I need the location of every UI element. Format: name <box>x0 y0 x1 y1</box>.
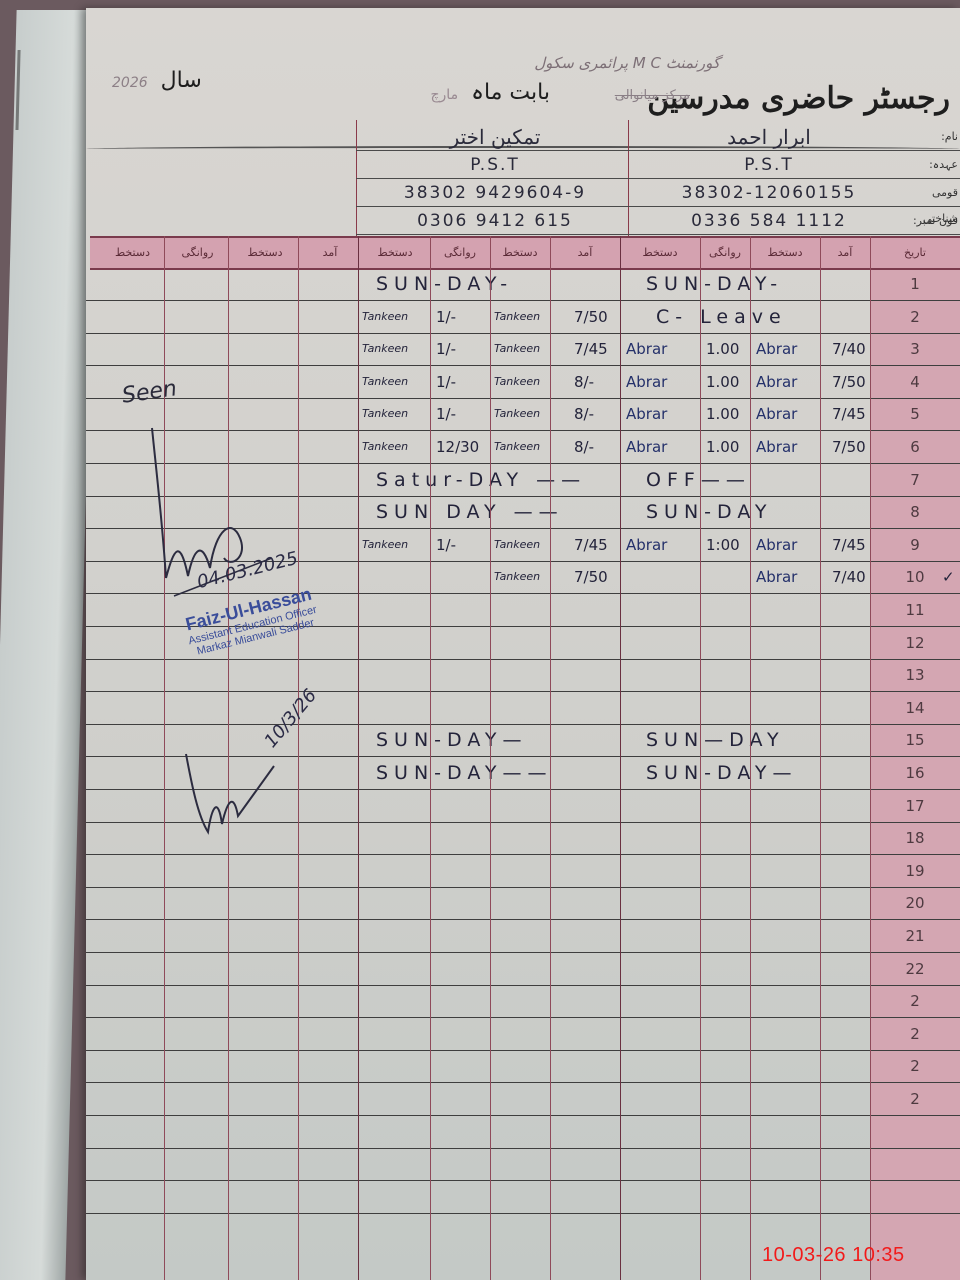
cell-t2-in-sig: Tankeen <box>362 398 408 430</box>
camera-timestamp: 10-03-26 10:35 <box>762 1244 905 1267</box>
row-date <box>870 1148 960 1180</box>
cell-t1-in-sig: Abrar <box>756 561 797 593</box>
row-date: 11 <box>870 594 960 626</box>
month-value: مارچ <box>431 87 459 103</box>
cell-t2-in: 1/- <box>436 301 456 333</box>
row-date: 4 <box>870 366 960 398</box>
cell-t1-in: 7/45 <box>832 529 866 561</box>
table-row: 4Tankeen1/-Tankeen8/-Abrar1.00Abrar7/50 <box>86 366 960 399</box>
column-line <box>620 236 621 1280</box>
cell-t2-out-sig: Tankeen <box>494 366 540 398</box>
table-row: 1SUN-DAY-SUN-DAY- <box>86 268 960 301</box>
table-row: 20 <box>86 887 960 920</box>
info-row-name: تمکین اختر ابرار احمد نام: <box>356 124 960 151</box>
cell-t2-out: 8/- <box>574 398 594 430</box>
table-row: 2 <box>86 985 960 1018</box>
row-date: 2 <box>870 985 960 1017</box>
table-row: 22 <box>86 953 960 986</box>
table-row <box>86 1181 960 1214</box>
row-date: 6 <box>870 431 960 463</box>
year-field: سال 2026 <box>106 68 202 93</box>
cell-t2-out-sig: Tankeen <box>494 398 540 430</box>
row-note: SUN DAY —— <box>376 496 564 528</box>
cell-t2-out: 8/- <box>574 366 594 398</box>
cell-t1-in-sig: Abrar <box>756 431 797 463</box>
teacher1-cnic: 38302-12060155 <box>638 180 900 206</box>
info-row-designation: P.S.T P.S.T عہدہ: <box>356 152 960 179</box>
row-date: 2 <box>870 1018 960 1050</box>
cell-t1-out: 1.00 <box>706 431 739 463</box>
row-date <box>870 1116 960 1148</box>
cell-t1-out: 1.00 <box>706 366 739 398</box>
cell-t2-out: 7/45 <box>574 529 608 561</box>
teacher1-phone: 0336 584 1112 <box>638 208 900 234</box>
header-departure: روانگی <box>165 238 230 268</box>
cell-t1-in: 7/50 <box>832 366 866 398</box>
row-date: 7 <box>870 464 960 496</box>
row-date: 8 <box>870 496 960 528</box>
header-date: تاریخ <box>870 238 960 268</box>
cell-t2-out: 7/50 <box>574 301 608 333</box>
cell-t2-out-sig: Tankeen <box>494 529 540 561</box>
month-field: بابت ماہ مارچ <box>425 80 551 105</box>
row-date: 15 <box>870 724 960 756</box>
cell-t2-in: 1/- <box>436 333 456 365</box>
row-note: SUN-DAY— <box>646 757 797 789</box>
header-arrival: آمد <box>300 238 360 268</box>
row-date: 22 <box>870 953 960 985</box>
row-date: 12 <box>870 627 960 659</box>
register-header: رجسٹر حاضری مدرسین گورنمنٹ M C پرائمری س… <box>86 46 960 116</box>
phone-label: فون نمبر: <box>902 208 958 234</box>
table-header: تاریخ آمد دستخط روانگی دستخط آمد دستخط ر… <box>90 236 960 270</box>
row-note: SUN-DAY- <box>646 268 783 300</box>
row-date: 2 <box>870 301 960 333</box>
cell-t1-out: 1.00 <box>706 333 739 365</box>
cell-t2-in-sig: Tankeen <box>362 333 408 365</box>
header-signature: دستخط <box>750 238 820 268</box>
row-date: 9 <box>870 529 960 561</box>
teacher2-designation: P.S.T <box>364 152 626 178</box>
table-row <box>86 1148 960 1181</box>
cell-t1-in: 7/40 <box>832 561 866 593</box>
table-row: 21 <box>86 920 960 953</box>
month-label: بابت ماہ <box>471 80 550 105</box>
leave-note: C- Leave <box>656 301 787 333</box>
row-date: 21 <box>870 920 960 952</box>
cell-t2-in: 1/- <box>436 529 456 561</box>
table-row: 2 <box>86 1050 960 1083</box>
previous-page-writing <box>15 50 34 130</box>
teacher2-name: تمکین اختر <box>364 124 626 150</box>
cell-t2-out: 8/- <box>574 431 594 463</box>
row-date: 3 <box>870 333 960 365</box>
checkmark-icon: ✓ <box>942 561 955 593</box>
table-row: 3Tankeen1/-Tankeen7/45Abrar1.00Abrar7/40 <box>86 333 960 366</box>
header-departure: روانگی <box>700 238 750 268</box>
cell-t1-out-sig: Abrar <box>626 431 667 463</box>
column-line <box>870 236 871 1280</box>
header-signature: دستخط <box>620 238 700 268</box>
cell-t2-in-sig: Tankeen <box>362 301 408 333</box>
row-date: 13 <box>870 659 960 691</box>
cell-t1-in-sig: Abrar <box>756 366 797 398</box>
cell-t1-in: 7/50 <box>832 431 866 463</box>
row-date: 18 <box>870 822 960 854</box>
attendance-register-page: رجسٹر حاضری مدرسین گورنمنٹ M C پرائمری س… <box>86 8 960 1280</box>
year-label: سال <box>161 68 202 93</box>
row-note: Satur-DAY —— <box>376 464 586 496</box>
header-signature: دستخط <box>230 238 300 268</box>
table-row: 19 <box>86 855 960 888</box>
row-date: 5 <box>870 398 960 430</box>
row-note: SUN-DAY <box>646 496 772 528</box>
table-row: 2 <box>86 1018 960 1051</box>
designation-label: عہدہ: <box>902 152 958 178</box>
cell-t1-in: 7/40 <box>832 333 866 365</box>
cell-t2-in: 12/30 <box>436 431 479 463</box>
cell-t1-in: 7/45 <box>832 398 866 430</box>
row-note: SUN—DAY <box>646 724 785 756</box>
cell-t1-out: 1.00 <box>706 398 739 430</box>
header-arrival: آمد <box>820 238 870 268</box>
register-title: رجسٹر حاضری مدرسین <box>647 81 950 116</box>
cell-t2-out-sig: Tankeen <box>494 561 540 593</box>
school-name: گورنمنٹ M C پرائمری سکول <box>534 54 720 72</box>
row-date: 14 <box>870 692 960 724</box>
row-date: 2 <box>870 1050 960 1082</box>
row-date: 19 <box>870 855 960 887</box>
column-line <box>430 236 431 1280</box>
header-signature: دستخط <box>490 238 550 268</box>
cell-t2-in-sig: Tankeen <box>362 529 408 561</box>
cell-t1-out: 1:00 <box>706 529 740 561</box>
info-row-cnic: 38302 9429604-9 38302-12060155 قومی شناخ… <box>356 180 960 207</box>
table-row: 2Tankeen1/-Tankeen7/50C- Leave <box>86 301 960 334</box>
school-name-struck: مرکز میانوالی <box>615 88 690 103</box>
cell-t2-out: 7/50 <box>574 561 608 593</box>
cell-t2-out-sig: Tankeen <box>494 431 540 463</box>
column-line <box>700 236 701 1280</box>
cell-t2-out-sig: Tankeen <box>494 301 540 333</box>
row-date: 17 <box>870 790 960 822</box>
cell-t1-in-sig: Abrar <box>756 333 797 365</box>
cell-t1-in-sig: Abrar <box>756 529 797 561</box>
cell-t2-in: 1/- <box>436 366 456 398</box>
name-label: نام: <box>902 124 958 150</box>
cell-t2-out: 7/45 <box>574 333 608 365</box>
second-signature <box>178 746 298 836</box>
teacher2-phone: 0306 9412 615 <box>364 208 626 234</box>
teacher1-designation: P.S.T <box>638 152 900 178</box>
table-row <box>86 1116 960 1149</box>
header-signature: دستخط <box>100 238 165 268</box>
row-note: SUN-DAY- <box>376 268 513 300</box>
row-note: OFF—— <box>646 464 751 496</box>
table-row: 2 <box>86 1083 960 1116</box>
header-arrival: آمد <box>550 238 620 268</box>
row-note: SUN-DAY—— <box>376 757 552 789</box>
column-line <box>550 236 551 1280</box>
cell-t2-in-sig: Tankeen <box>362 366 408 398</box>
row-date: 2 <box>870 1083 960 1115</box>
column-line <box>358 236 359 1280</box>
row-date: 1 <box>870 268 960 300</box>
cell-t1-in-sig: Abrar <box>756 398 797 430</box>
cell-t1-out-sig: Abrar <box>626 398 667 430</box>
cnic-label: قومی شناختی کارڈ نمبر <box>902 180 958 206</box>
column-line <box>490 236 491 1280</box>
cell-t2-out-sig: Tankeen <box>494 333 540 365</box>
row-date <box>870 1181 960 1213</box>
cell-t1-out-sig: Abrar <box>626 366 667 398</box>
header-departure: روانگی <box>430 238 490 268</box>
cell-t1-out-sig: Abrar <box>626 529 667 561</box>
row-date: 20 <box>870 887 960 919</box>
cell-t2-in: 1/- <box>436 398 456 430</box>
year-value: 2026 <box>112 75 148 91</box>
teacher2-cnic: 38302 9429604-9 <box>364 180 626 206</box>
header-signature: دستخط <box>360 238 430 268</box>
teacher-info-block: تمکین اختر ابرار احمد نام: P.S.T P.S.T ع… <box>356 120 960 246</box>
column-line <box>820 236 821 1280</box>
row-date: 16 <box>870 757 960 789</box>
previous-page-edge <box>0 10 99 1280</box>
cell-t1-out-sig: Abrar <box>626 333 667 365</box>
info-row-phone: 0306 9412 615 0336 584 1112 فون نمبر: <box>356 208 960 235</box>
row-note: SUN-DAY— <box>376 724 527 756</box>
teacher1-name: ابرار احمد <box>638 124 900 150</box>
column-line <box>298 236 299 1280</box>
cell-t2-in-sig: Tankeen <box>362 431 408 463</box>
column-line <box>750 236 751 1280</box>
